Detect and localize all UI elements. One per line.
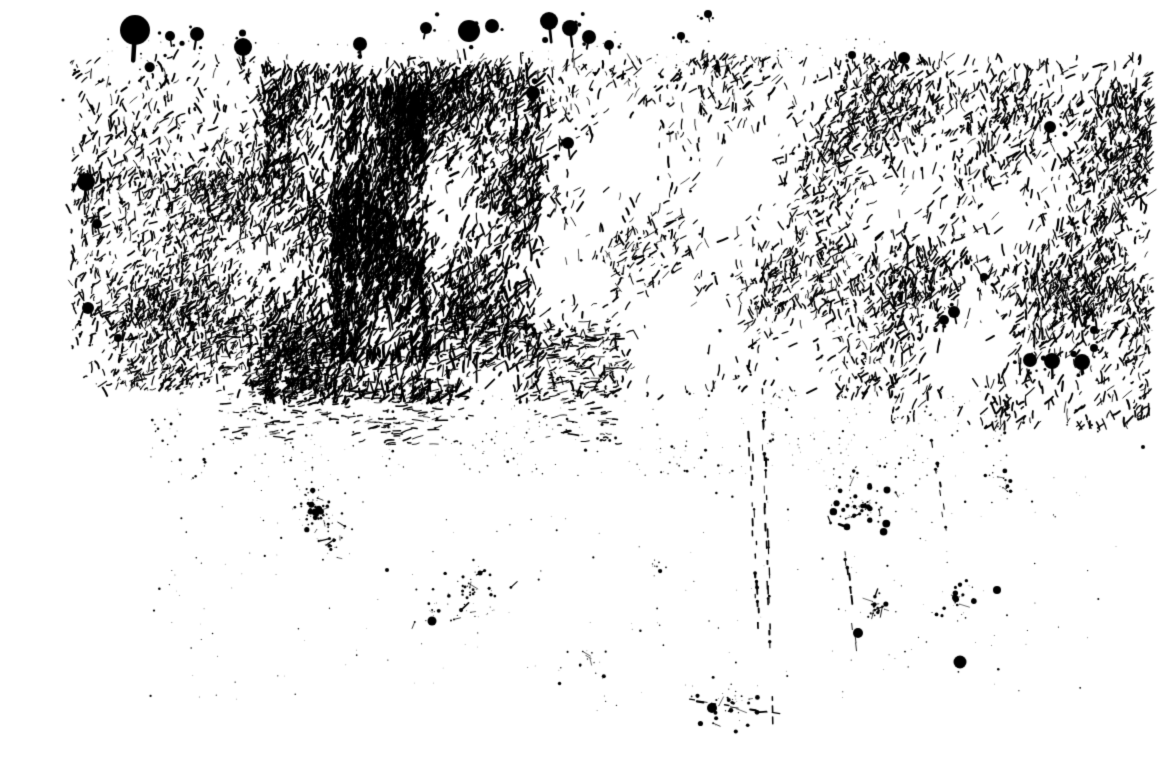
ink-splatter-texture-image bbox=[0, 0, 1160, 772]
ink-splatter-canvas bbox=[0, 0, 1160, 772]
